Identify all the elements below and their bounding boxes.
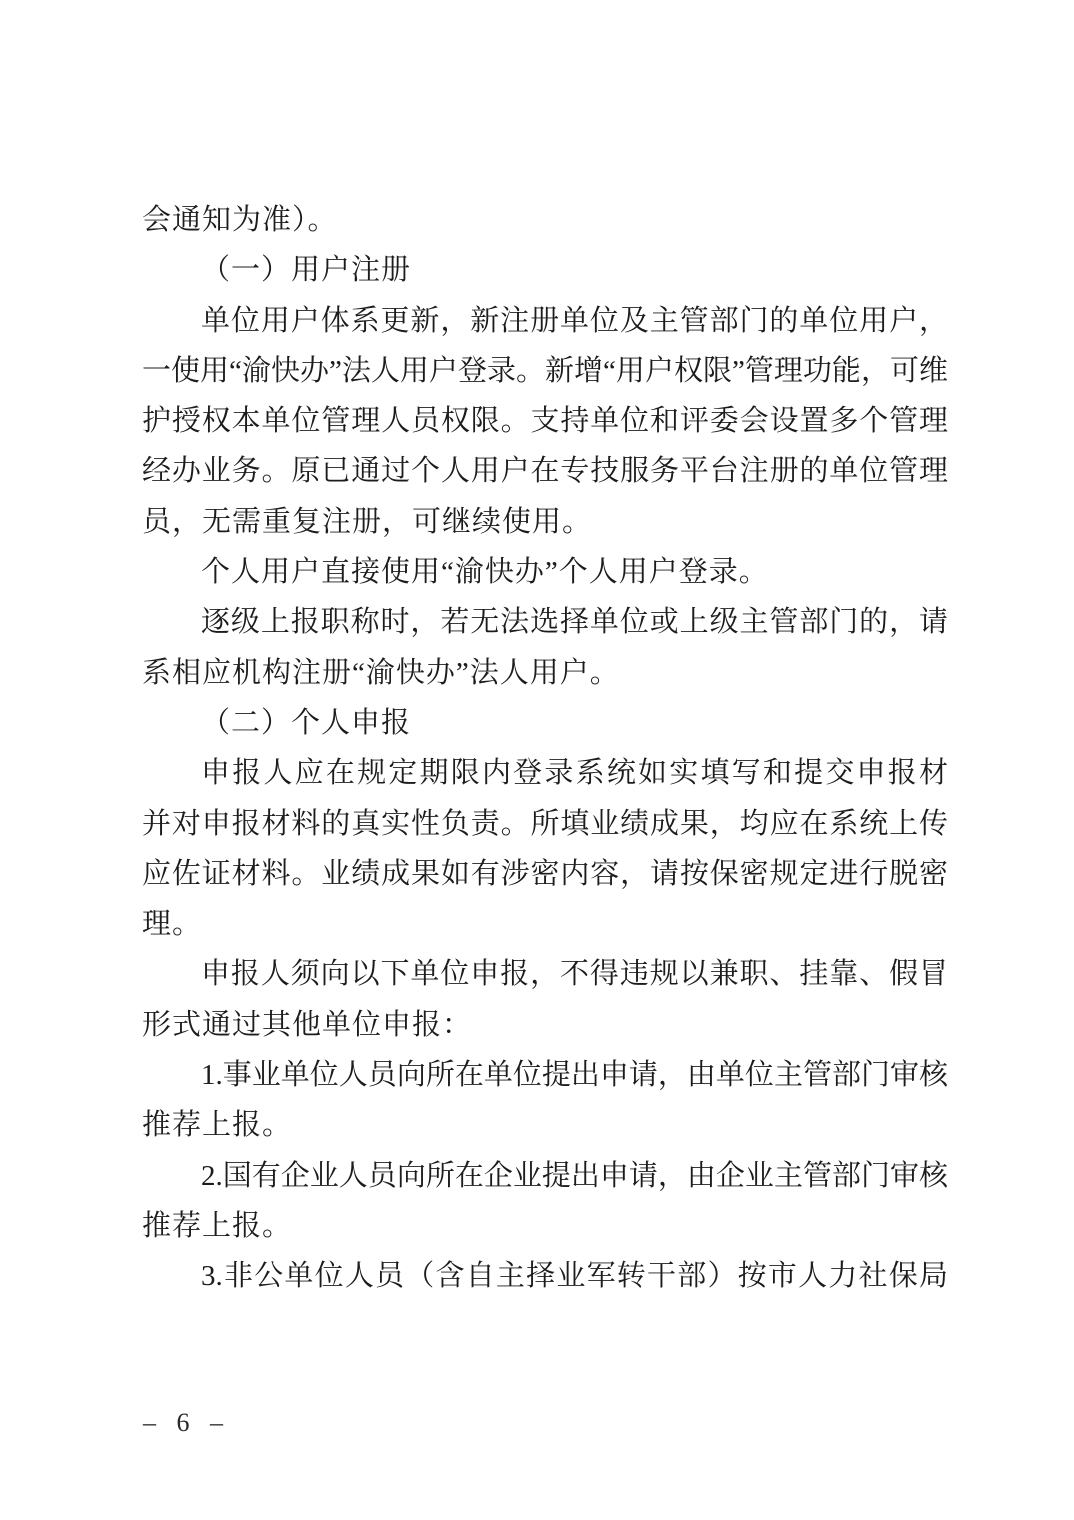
text-line: 推荐上报。 (142, 1201, 948, 1251)
document-page: 会通知为准）。（一）用户注册单位用户体系更新，新注册单位及主管部门的单位用户，统… (0, 0, 1074, 1520)
text-line: 申报人应在规定期限内登录系统如实填写和提交申报材料， (142, 748, 948, 798)
text-line: 理。 (142, 899, 948, 949)
text-line: 2.国有企业人员向所在企业提出申请，由企业主管部门审核 (142, 1151, 948, 1201)
text-line: 并对申报材料的真实性负责。所填业绩成果，均应在系统上传相 (142, 799, 948, 849)
text-line: 单位用户体系更新，新注册单位及主管部门的单位用户，统 (142, 296, 948, 346)
document-body: 会通知为准）。（一）用户注册单位用户体系更新，新注册单位及主管部门的单位用户，统… (142, 195, 948, 1302)
text-line: 1.事业单位人员向所在单位提出申请，由单位主管部门审核 (142, 1050, 948, 1100)
text-line: 员，无需重复注册，可继续使用。 (142, 497, 948, 547)
text-line: 系相应机构注册“渝快办”法人用户。 (142, 648, 948, 698)
text-line: 个人用户直接使用“渝快办”个人用户登录。 (142, 547, 948, 597)
text-line: （一）用户注册 (142, 245, 948, 295)
text-line: 推荐上报。 (142, 1100, 948, 1150)
text-line: 3.非公单位人员（含自主择业军转干部）按市人力社保局《关 (142, 1251, 948, 1301)
text-line: 护授权本单位管理人员权限。支持单位和评委会设置多个管理员 (142, 396, 948, 446)
page-number: – 6 – (143, 1406, 230, 1440)
text-line: 会通知为准）。 (142, 195, 948, 245)
text-line: （二）个人申报 (142, 698, 948, 748)
text-line: 形式通过其他单位申报： (142, 1000, 948, 1050)
text-line: 经办业务。原已通过个人用户在专技服务平台注册的单位管理 (142, 446, 948, 496)
text-line: 逐级上报职称时，若无法选择单位或上级主管部门的，请联 (142, 597, 948, 647)
text-line: 应佐证材料。业绩成果如有涉密内容，请按保密规定进行脱密处 (142, 849, 948, 899)
text-line: 申报人须向以下单位申报，不得违规以兼职、挂靠、假冒等 (142, 949, 948, 999)
text-line: 一使用“渝快办”法人用户登录。新增“用户权限”管理功能，可维 (142, 346, 948, 396)
